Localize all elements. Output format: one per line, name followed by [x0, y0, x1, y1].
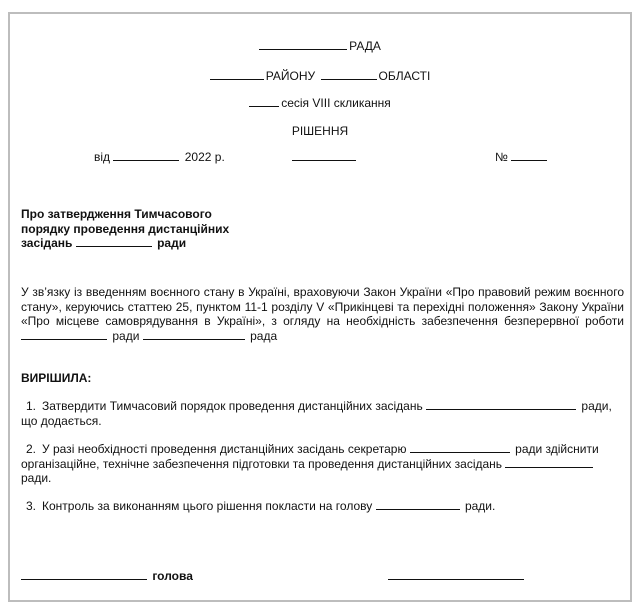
head-signature: голова: [21, 569, 193, 583]
preamble-council-blank[interactable]: [21, 329, 107, 340]
second-signature: [388, 569, 526, 583]
number-blank[interactable]: [511, 150, 547, 161]
session-number-blank[interactable]: [249, 96, 279, 107]
resolution-item-2: 2.У разі необхідності проведення дистанц…: [21, 442, 624, 486]
session-label: сесія VIII скликання: [281, 96, 391, 110]
date-from-label: від: [94, 150, 110, 164]
subject-block: Про затвердження Тимчасового порядку про…: [21, 207, 261, 251]
item-3-head-blank[interactable]: [376, 499, 460, 510]
doc-type-label: РІШЕННЯ: [292, 124, 348, 138]
subject-council-blank[interactable]: [76, 236, 152, 247]
date-number-row: від 2022 р. №: [10, 150, 630, 166]
signature-row: голова: [10, 569, 630, 583]
subject-line-1: Про затвердження Тимчасового: [21, 207, 261, 222]
district-name-blank[interactable]: [210, 69, 264, 80]
place-blank[interactable]: [292, 150, 356, 161]
region-name-blank[interactable]: [321, 69, 377, 80]
item-2-secretary-blank[interactable]: [410, 442, 510, 453]
second-signature-blank[interactable]: [388, 569, 524, 580]
doc-type-title: РІШЕННЯ: [10, 124, 630, 138]
item-2-council-blank[interactable]: [505, 457, 593, 468]
council-label: РАДА: [349, 39, 381, 53]
session-line: сесія VIII скликання: [10, 96, 630, 110]
district-label: РАЙОНУ: [266, 69, 315, 83]
district-line: РАЙОНУ ОБЛАСТІ: [10, 69, 630, 83]
council-name-blank[interactable]: [259, 39, 347, 50]
preamble-paragraph: У зв’язку із введенням воєнного стану в …: [21, 285, 624, 343]
document-page: РАДА РАЙОНУ ОБЛАСТІ сесія VIII скликання…: [8, 12, 632, 602]
region-label: ОБЛАСТІ: [379, 69, 431, 83]
date-field: від 2022 р.: [94, 150, 225, 164]
number-field: №: [495, 150, 549, 164]
resolved-heading: ВИРІШИЛА:: [21, 371, 91, 385]
item-1-council-blank[interactable]: [426, 399, 576, 410]
number-label: №: [495, 150, 508, 164]
resolution-item-1: 1.Затвердити Тимчасовий порядок проведен…: [21, 399, 624, 428]
council-line: РАДА: [10, 39, 630, 53]
place-field: [292, 150, 358, 164]
resolution-item-3: 3.Контроль за виконанням цього рішення п…: [21, 499, 624, 514]
head-name-blank[interactable]: [21, 569, 147, 580]
preamble-council-blank-2[interactable]: [143, 329, 245, 340]
date-year-label: 2022 р.: [185, 150, 225, 164]
head-label: голова: [152, 569, 193, 583]
date-blank[interactable]: [113, 150, 179, 161]
preamble-text: У зв’язку із введенням воєнного стану в …: [21, 285, 624, 328]
subject-line-2: порядку проведення дистанційних: [21, 222, 261, 237]
subject-line-3: засідань ради: [21, 236, 261, 251]
